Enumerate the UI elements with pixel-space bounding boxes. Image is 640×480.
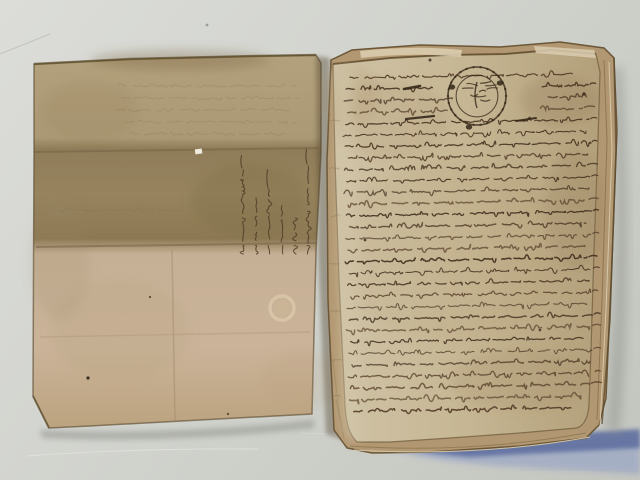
ink-spot [582, 92, 586, 96]
stamp-bead [472, 124, 474, 126]
stamp-bead [502, 108, 504, 110]
stamp-bead [479, 66, 481, 68]
stamp-bead [466, 68, 468, 70]
stamp-blot [497, 80, 503, 85]
stamp-bead [505, 95, 507, 97]
stamp-bead [498, 114, 500, 116]
stamp-bead [486, 122, 488, 124]
left-document [30, 50, 340, 428]
stamp-bead [504, 88, 506, 90]
stamp-bead [454, 114, 456, 116]
paper-chip [195, 148, 203, 154]
stamp-bead [447, 95, 449, 97]
stamp-bead [450, 81, 452, 83]
stamp-bead [492, 71, 494, 73]
photo-scene [0, 0, 640, 480]
stamp-bead [472, 66, 474, 68]
stamp-motif [462, 88, 473, 89]
manuscript-photo [0, 0, 640, 480]
stamp-blot [449, 84, 455, 89]
stamp-bead [504, 102, 506, 104]
stamp-bead [466, 122, 468, 124]
ink-spot [539, 329, 542, 332]
ink-spot [364, 239, 367, 242]
stamp-bead [448, 102, 450, 104]
stamp-bead [492, 119, 494, 121]
stamp-bead [450, 108, 452, 110]
ink-spot [429, 59, 432, 62]
stamp-blot [466, 124, 472, 129]
stamp-bead [486, 68, 488, 70]
stamp-bead [459, 71, 461, 73]
stamp-bead [454, 76, 456, 78]
stamp-bead [459, 119, 461, 121]
right-document [320, 42, 617, 453]
stamp-bead [479, 124, 481, 126]
margin-mark [330, 263, 339, 264]
stamp-bead [498, 76, 500, 78]
